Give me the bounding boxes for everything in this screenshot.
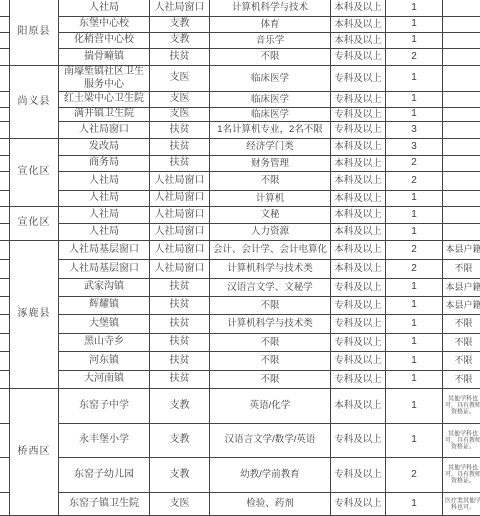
education-cell: 本科及以上 (331, 207, 386, 224)
table-row: 揣骨疃镇扶贫不限专科及以上2 (0, 49, 480, 66)
left-edge-clipped-cell (0, 352, 10, 371)
position-type-cell: 人社局窗口 (150, 241, 210, 260)
table-row: 满井镇卫生院支医临床医学专科及以上1 (0, 108, 480, 122)
table-row: 人社局窗口扶贫1名计算机专业，2名不限专科及以上3 (0, 122, 480, 139)
major-cell: 临床医学 (210, 92, 331, 108)
count-cell: 2 (386, 241, 443, 260)
unit-cell: 人社局 (59, 172, 150, 191)
remark-cell (443, 191, 480, 207)
position-type-cell: 扶贫 (150, 297, 210, 315)
count-cell: 1 (386, 191, 443, 207)
unit-cell: 东堡中心校 (59, 17, 150, 33)
major-cell: 临床医学 (210, 66, 331, 92)
count-cell: 1 (386, 207, 443, 224)
left-edge-clipped-cell (0, 49, 10, 66)
remark-cell: 不限 (443, 371, 480, 389)
table-row: 河东镇扶贫不限专科及以上1不限 (0, 352, 480, 371)
major-cell: 体育 (210, 17, 331, 33)
position-type-cell: 支医 (150, 66, 210, 92)
count-cell: 2 (386, 172, 443, 191)
left-edge-clipped-cell (0, 17, 10, 33)
county-cell: 宣化区 (10, 207, 59, 241)
remark-cell: 不限 (443, 352, 480, 371)
remark-cell: 本县户籍 (443, 297, 480, 315)
table-row: 人社局人社局窗口人力资源本科及以上1 (0, 224, 480, 241)
unit-cell: 人社局 (59, 0, 150, 17)
recruitment-positions-table: 阳原县人社局人社局窗口计算机科学与技术本科及以上1东堡中心校支教体育本科及以上1… (0, 0, 480, 480)
education-cell: 专科及以上 (331, 423, 386, 458)
education-cell: 本科及以上 (331, 389, 386, 424)
education-cell: 专科及以上 (331, 458, 386, 480)
major-cell: 文秘 (210, 207, 331, 224)
position-type-cell: 支教 (150, 389, 210, 424)
left-edge-clipped-cell (0, 0, 10, 17)
left-edge-clipped-cell (0, 207, 10, 224)
remark-cell (443, 49, 480, 66)
major-cell: 不限 (210, 172, 331, 191)
left-edge-clipped-cell (0, 191, 10, 207)
remark-cell: 其他学科也可，具有教师资格证。 (443, 389, 480, 424)
table-row: 永丰堡小学支教汉语言文学/数学/英语专科及以上1其他学科也可，具有教师资格证。 (0, 423, 480, 458)
remark-cell: 本县户籍 (443, 279, 480, 297)
table-row: 桥西区东窑子中学支教英语/化学本科及以上1其他学科也可，具有教师资格证。 (0, 389, 480, 424)
table-row: 宣化区人社局人社局窗口文秘本科及以上1 (0, 207, 480, 224)
left-edge-clipped-cell (0, 92, 10, 108)
table-row: 尚义县南壕堑镇社区卫生服务中心支医临床医学专科及以上1 (0, 66, 480, 92)
remark-tiny-text: 其他学科也可，具有教师资格证。 (443, 396, 480, 416)
remark-cell (443, 33, 480, 49)
table-row: 红土梁中心卫生院支医临床医学专科及以上1 (0, 92, 480, 108)
unit-cell: 发改局 (59, 139, 150, 156)
position-type-cell: 支教 (150, 423, 210, 458)
count-cell: 1 (386, 279, 443, 297)
left-edge-clipped-cell (0, 334, 10, 352)
count-cell: 1 (386, 0, 443, 17)
remark-cell (443, 122, 480, 139)
table-row: 东堡中心校支教体育本科及以上1 (0, 17, 480, 33)
unit-cell: 东窑子中学 (59, 389, 150, 424)
unit-cell: 红土梁中心卫生院 (59, 92, 150, 108)
major-cell: 财务管理 (210, 156, 331, 172)
remark-cell: 其他学科也可，具有教师资格证。 (443, 423, 480, 458)
unit-cell: 揣骨疃镇 (59, 49, 150, 66)
position-type-cell: 支教 (150, 33, 210, 49)
left-edge-clipped-cell (0, 108, 10, 122)
county-cell: 尚义县 (10, 66, 59, 139)
remark-cell (443, 92, 480, 108)
remark-cell: 不限 (443, 334, 480, 352)
major-cell: 不限 (210, 297, 331, 315)
position-type-cell: 支医 (150, 108, 210, 122)
table-row: 人社局人社局窗口不限本科及以上2 (0, 172, 480, 191)
position-type-cell: 人社局窗口 (150, 207, 210, 224)
unit-cell: 人社局 (59, 191, 150, 207)
left-edge-clipped-cell (0, 139, 10, 156)
position-type-cell: 人社局窗口 (150, 260, 210, 279)
position-type-cell: 扶贫 (150, 352, 210, 371)
major-cell: 计算机 (210, 191, 331, 207)
table-row: 人社局基层窗口人社局窗口计算机科学与技术类本科及以上2不限 (0, 260, 480, 279)
table-row: 大河南镇扶贫不限专科及以上1不限 (0, 371, 480, 389)
remark-tiny-text: 其他学科也可，具有教师资格证。 (443, 430, 480, 450)
table-row: 化稍营中心校支教音乐学本科及以上1 (0, 33, 480, 49)
education-cell: 专科及以上 (331, 334, 386, 352)
education-cell: 专科及以上 (331, 108, 386, 122)
education-cell: 专科及以上 (331, 66, 386, 92)
major-cell: 英语/化学 (210, 389, 331, 424)
education-cell: 本科及以上 (331, 33, 386, 49)
table-row: 辉耀镇扶贫不限专科及以上1本县户籍 (0, 297, 480, 315)
major-cell: 音乐学 (210, 33, 331, 49)
unit-cell: 河东镇 (59, 352, 150, 371)
count-cell: 2 (386, 458, 443, 480)
table-row: 阳原县人社局人社局窗口计算机科学与技术本科及以上1 (0, 0, 480, 17)
education-cell: 本科及以上 (331, 241, 386, 260)
table-row: 武家沟镇扶贫汉语言文学、文秘学专科及以上1本县户籍 (0, 279, 480, 297)
position-type-cell: 扶贫 (150, 279, 210, 297)
position-type-cell: 人社局窗口 (150, 172, 210, 191)
remark-cell: 本县户籍 (443, 241, 480, 260)
unit-cell: 人社局 (59, 207, 150, 224)
table-row: 商务局扶贫财务管理本科及以上2 (0, 156, 480, 172)
education-cell: 本科及以上 (331, 172, 386, 191)
count-cell: 2 (386, 156, 443, 172)
unit-cell: 人社局窗口 (59, 122, 150, 139)
unit-cell: 辉耀镇 (59, 297, 150, 315)
count-cell: 2 (386, 260, 443, 279)
count-cell: 2 (386, 49, 443, 66)
position-type-cell: 扶贫 (150, 315, 210, 334)
table-row: 大堡镇扶贫计算机科学与技术类专科及以上1不限 (0, 315, 480, 334)
remark-tiny-text: 其他学科也可，具有教师资格证。 (443, 465, 480, 480)
count-cell: 1 (386, 352, 443, 371)
major-cell: 不限 (210, 334, 331, 352)
left-edge-clipped-cell (0, 279, 10, 297)
education-cell: 本科及以上 (331, 224, 386, 241)
left-edge-clipped-cell (0, 371, 10, 389)
count-cell: 1 (386, 371, 443, 389)
position-type-cell: 人社局窗口 (150, 0, 210, 17)
left-edge-clipped-cell (0, 241, 10, 260)
education-cell: 本科及以上 (331, 17, 386, 33)
major-cell: 计算机科学与技术 (210, 0, 331, 17)
unit-cell: 南壕堑镇社区卫生服务中心 (59, 66, 150, 92)
major-cell: 汉语言文学/数学/英语 (210, 423, 331, 458)
left-edge-clipped-cell (0, 122, 10, 139)
position-type-cell: 扶贫 (150, 139, 210, 156)
major-cell: 1名计算机专业，2名不限 (210, 122, 331, 139)
count-cell: 1 (386, 224, 443, 241)
major-cell: 人力资源 (210, 224, 331, 241)
count-cell: 1 (386, 334, 443, 352)
education-cell: 专科及以上 (331, 279, 386, 297)
position-type-cell: 扶贫 (150, 371, 210, 389)
education-cell: 本科及以上 (331, 139, 386, 156)
major-cell: 临床医学 (210, 108, 331, 122)
remark-cell (443, 0, 480, 17)
position-type-cell: 扶贫 (150, 334, 210, 352)
left-edge-clipped-cell (0, 389, 10, 424)
remark-cell (443, 108, 480, 122)
unit-cell: 人社局基层窗口 (59, 241, 150, 260)
major-cell: 汉语言文学、文秘学 (210, 279, 331, 297)
count-cell: 1 (386, 33, 443, 49)
recruitment-table-screen: 阳原县人社局人社局窗口计算机科学与技术本科及以上1东堡中心校支教体育本科及以上1… (0, 0, 480, 480)
unit-cell: 人社局 (59, 224, 150, 241)
count-cell: 3 (386, 122, 443, 139)
count-cell: 1 (386, 108, 443, 122)
county-cell: 桥西区 (10, 389, 59, 481)
position-type-cell: 支教 (150, 17, 210, 33)
position-type-cell: 支医 (150, 92, 210, 108)
left-edge-clipped-cell (0, 33, 10, 49)
unit-cell: 商务局 (59, 156, 150, 172)
position-type-cell: 支教 (150, 458, 210, 480)
count-cell: 1 (386, 315, 443, 334)
position-type-cell: 人社局窗口 (150, 224, 210, 241)
unit-cell: 东窑子幼儿园 (59, 458, 150, 480)
remark-cell: 不限 (443, 260, 480, 279)
education-cell: 专科及以上 (331, 92, 386, 108)
left-edge-clipped-cell (0, 224, 10, 241)
table-row: 东窑子幼儿园支教幼教/学前教育专科及以上2其他学科也可，具有教师资格证。 (0, 458, 480, 480)
education-cell: 本科及以上 (331, 191, 386, 207)
major-cell: 计算机科学与技术类 (210, 315, 331, 334)
left-edge-clipped-cell (0, 315, 10, 334)
count-cell: 1 (386, 92, 443, 108)
remark-cell (443, 66, 480, 92)
count-cell: 1 (386, 389, 443, 424)
count-cell: 1 (386, 297, 443, 315)
position-type-cell: 扶贫 (150, 122, 210, 139)
unit-cell: 大堡镇 (59, 315, 150, 334)
major-cell: 会计、会计学、会计电算化 (210, 241, 331, 260)
left-edge-clipped-cell (0, 423, 10, 458)
unit-cell: 武家沟镇 (59, 279, 150, 297)
education-cell: 专科及以上 (331, 49, 386, 66)
county-cell: 涿鹿县 (10, 241, 59, 389)
left-edge-clipped-cell (0, 66, 10, 92)
table-body: 阳原县人社局人社局窗口计算机科学与技术本科及以上1东堡中心校支教体育本科及以上1… (0, 0, 480, 480)
unit-cell: 满井镇卫生院 (59, 108, 150, 122)
major-cell: 不限 (210, 371, 331, 389)
unit-cell: 黑山寺乡 (59, 334, 150, 352)
left-edge-clipped-cell (0, 156, 10, 172)
education-cell: 本科及以上 (331, 0, 386, 17)
major-cell: 经济学门类 (210, 139, 331, 156)
left-edge-clipped-cell (0, 458, 10, 480)
left-edge-clipped-cell (0, 260, 10, 279)
education-cell: 本科及以上 (331, 260, 386, 279)
remark-cell: 其他学科也可，具有教师资格证。 (443, 458, 480, 480)
remark-cell (443, 172, 480, 191)
count-cell: 3 (386, 139, 443, 156)
unit-cell: 大河南镇 (59, 371, 150, 389)
remark-cell (443, 156, 480, 172)
county-cell: 宣化区 (10, 139, 59, 207)
education-cell: 专科及以上 (331, 315, 386, 334)
unit-cell: 人社局基层窗口 (59, 260, 150, 279)
education-cell: 专科及以上 (331, 122, 386, 139)
major-cell: 幼教/学前教育 (210, 458, 331, 480)
education-cell: 专科及以上 (331, 297, 386, 315)
education-cell: 专科及以上 (331, 371, 386, 389)
unit-cell: 化稍营中心校 (59, 33, 150, 49)
remark-cell (443, 17, 480, 33)
remark-cell: 不限 (443, 315, 480, 334)
position-type-cell: 扶贫 (150, 49, 210, 66)
position-type-cell: 人社局窗口 (150, 191, 210, 207)
table-row: 黑山寺乡扶贫不限专科及以上1不限 (0, 334, 480, 352)
major-cell: 不限 (210, 352, 331, 371)
table-row: 涿鹿县人社局基层窗口人社局窗口会计、会计学、会计电算化本科及以上2本县户籍 (0, 241, 480, 260)
remark-cell (443, 207, 480, 224)
education-cell: 专科及以上 (331, 352, 386, 371)
education-cell: 本科及以上 (331, 156, 386, 172)
left-edge-clipped-cell (0, 172, 10, 191)
table-row: 宣化区发改局扶贫经济学门类本科及以上3 (0, 139, 480, 156)
count-cell: 1 (386, 17, 443, 33)
count-cell: 1 (386, 66, 443, 92)
count-cell: 1 (386, 423, 443, 458)
major-cell: 不限 (210, 49, 331, 66)
remark-cell (443, 139, 480, 156)
major-cell: 计算机科学与技术类 (210, 260, 331, 279)
county-cell: 阳原县 (10, 0, 59, 66)
table-row: 人社局人社局窗口计算机本科及以上1 (0, 191, 480, 207)
remark-cell (443, 224, 480, 241)
left-edge-clipped-cell (0, 297, 10, 315)
unit-cell: 永丰堡小学 (59, 423, 150, 458)
position-type-cell: 扶贫 (150, 156, 210, 172)
